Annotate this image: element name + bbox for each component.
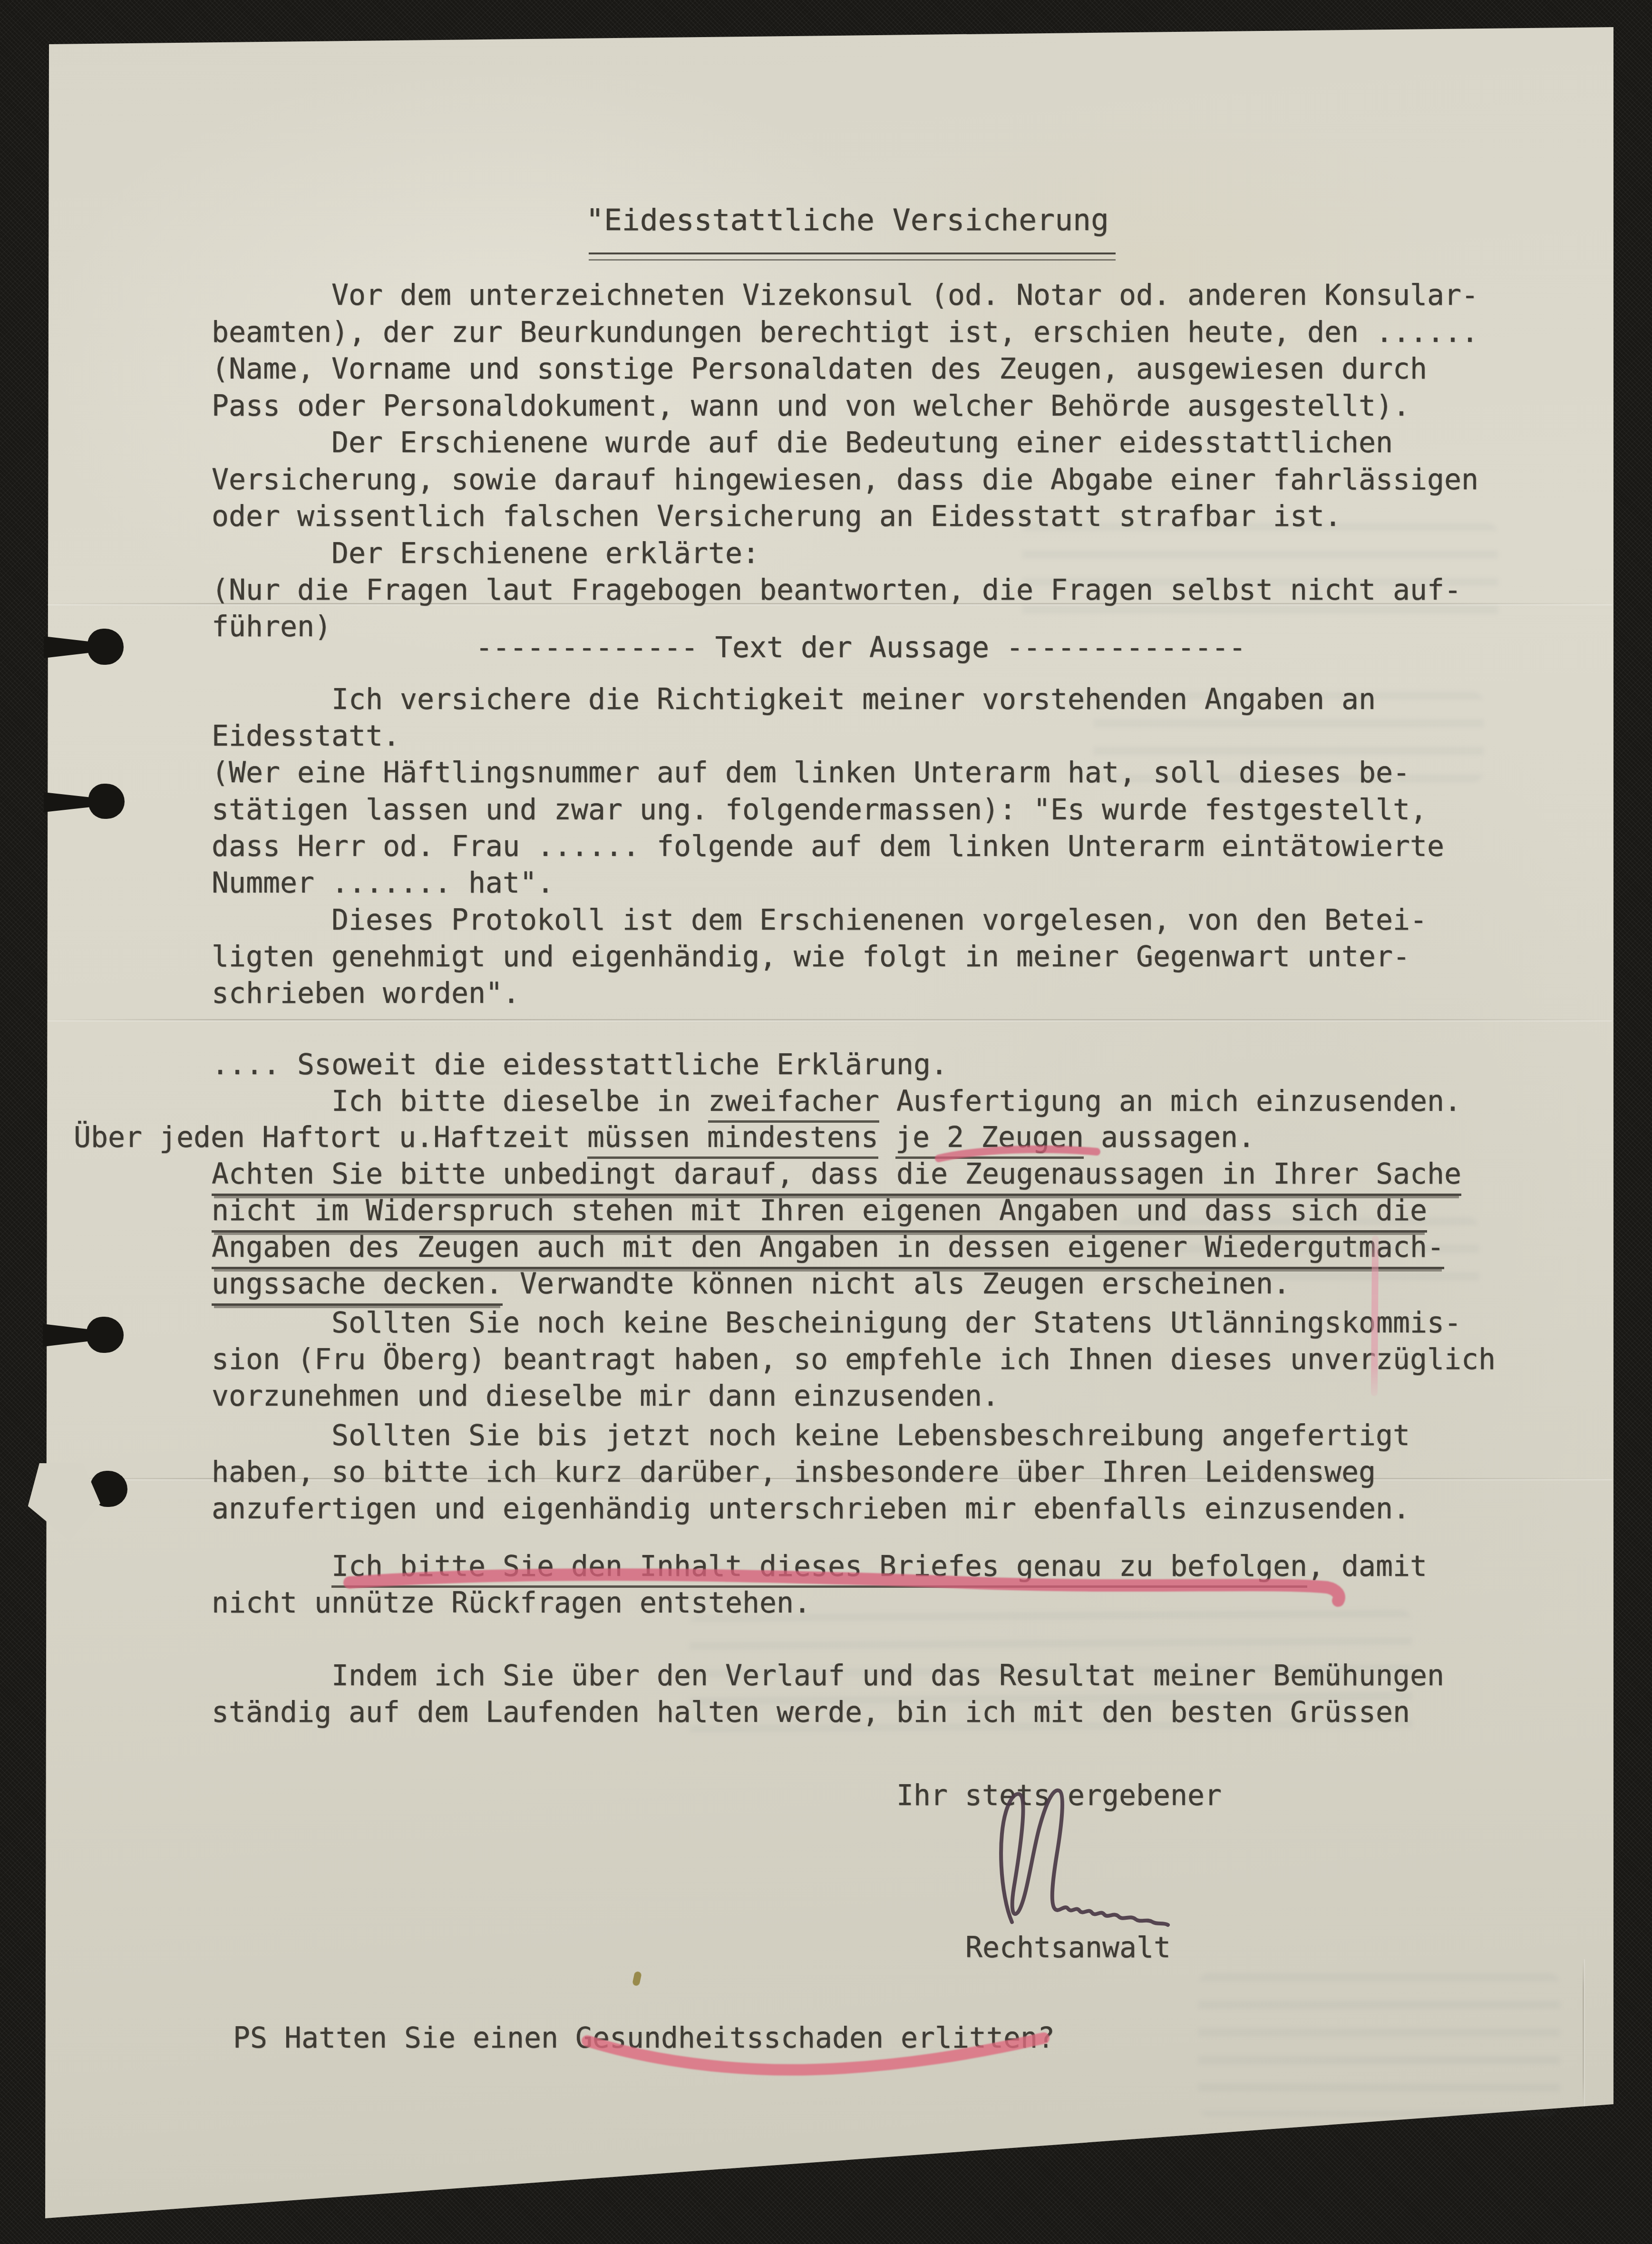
- body-line: Dieses Protokoll ist dem Erschienenen vo…: [331, 903, 1427, 937]
- punch-hole-1: [87, 629, 124, 665]
- body-line: dass Herr od. Frau ...... folgende auf d…: [212, 830, 1444, 863]
- body-line: Sollten Sie noch keine Bescheinigung der…: [331, 1306, 1461, 1340]
- page-title: "Eidesstattliche Versicherung: [586, 204, 1109, 237]
- body-line: oder wissentlich falschen Versicherung a…: [212, 500, 1341, 533]
- signature-scribble: [951, 1783, 1208, 1935]
- body-line: sion (Fru Öberg) beantragt haben, so emp…: [212, 1343, 1496, 1376]
- underlined-text: zweifacher: [708, 1085, 879, 1123]
- body-line: (Wer eine Häftlingsnummer auf dem linken…: [212, 756, 1410, 789]
- underlined-text: Achten Sie bitte unbedingt darauf, dass …: [212, 1157, 1461, 1196]
- body-line: ligten genehmigt und eigenhändig, wie fo…: [212, 940, 1410, 973]
- line-text: aussagen.: [1084, 1121, 1255, 1154]
- underlined-text: Angaben des Zeugen auch mit den Angaben …: [212, 1231, 1444, 1269]
- underlined-text: ungssache decken.: [212, 1267, 503, 1306]
- body-line: Indem ich Sie über den Verlauf und das R…: [331, 1659, 1444, 1692]
- title-underline: [589, 253, 1116, 261]
- body-line: haben, so bitte ich kurz darüber, insbes…: [212, 1456, 1376, 1489]
- underlined-text: müssen mindestens: [587, 1121, 878, 1159]
- body-line: Der Erschienene erklärte:: [331, 537, 759, 570]
- punch-hole-2: [88, 784, 125, 819]
- red-underline-short: [932, 1141, 1103, 1170]
- body-line: .... Ssoweit die eidesstattliche Erkläru…: [212, 1048, 948, 1081]
- body-line: Ich versichere die Richtigkeit meiner vo…: [331, 683, 1376, 716]
- punch-hole-3: [87, 1317, 124, 1353]
- body-line: schrieben worden".: [212, 977, 520, 1010]
- body-line: Der Erschienene wurde auf die Bedeutung …: [331, 426, 1393, 459]
- red-underline-swoosh: [578, 2027, 1053, 2079]
- body-line: nicht im Widerspruch stehen mit Ihren ei…: [212, 1194, 1427, 1233]
- line-text: Ausfertigung an mich einzusenden.: [879, 1085, 1461, 1118]
- body-line: Ich bitte dieselbe in zweifacher Ausfert…: [331, 1085, 1461, 1123]
- body-line: ungssache decken. Verwandte können nicht…: [212, 1267, 1290, 1306]
- separator-line: ------------- Text der Aussage ---------…: [476, 631, 1246, 664]
- body-line: führen): [212, 610, 331, 643]
- underlined-text: nicht im Widerspruch stehen mit Ihren ei…: [212, 1194, 1427, 1233]
- paper-crease: [1583, 1959, 1584, 2107]
- body-line: anzufertigen und eigenhändig unterschrie…: [212, 1492, 1410, 1525]
- body-line: beamten), der zur Beurkundungen berechti…: [212, 316, 1478, 349]
- bleedthrough-smudge: [1198, 1973, 1560, 2116]
- line-text: Über jeden Haftort u.Haftzeit: [74, 1121, 587, 1154]
- body-line: Nummer ....... hat".: [212, 866, 554, 900]
- line-text: Verwandte können nicht als Zeugen ersche…: [503, 1267, 1290, 1301]
- body-line: Vor dem unterzeichneten Vizekonsul (od. …: [331, 279, 1478, 312]
- line-text: [878, 1121, 895, 1154]
- body-line: ständig auf dem Laufenden halten werde, …: [212, 1696, 1410, 1729]
- body-line: (Nur die Fragen laut Fragebogen beantwor…: [212, 573, 1461, 607]
- body-line: stätigen lassen und zwar ung. folgenderm…: [212, 793, 1427, 826]
- body-line: Sollten Sie bis jetzt noch keine Lebensb…: [331, 1419, 1410, 1452]
- body-line: vorzunehmen und dieselbe mir dann einzus…: [212, 1379, 999, 1413]
- body-line: Achten Sie bitte unbedingt darauf, dass …: [212, 1157, 1461, 1196]
- red-underline-sweep: [338, 1564, 1355, 1611]
- signer-role: Rechtsanwalt: [965, 1931, 1171, 1964]
- body-line: Eidesstatt.: [212, 719, 400, 753]
- body-line: Versicherung, sowie darauf hingewiesen, …: [212, 463, 1478, 496]
- body-line: (Name, Vorname und sonstige Personaldate…: [212, 352, 1427, 386]
- pink-margin-line: [1371, 1235, 1379, 1396]
- body-line: Angaben des Zeugen auch mit den Angaben …: [212, 1231, 1444, 1269]
- paper-crease: [48, 1019, 1612, 1020]
- body-line: Pass oder Personaldokument, wann und von…: [212, 389, 1410, 423]
- scan-background: { "document": { "title": "\"Eidesstattli…: [0, 0, 1652, 2244]
- line-text: Ich bitte dieselbe in: [331, 1085, 708, 1118]
